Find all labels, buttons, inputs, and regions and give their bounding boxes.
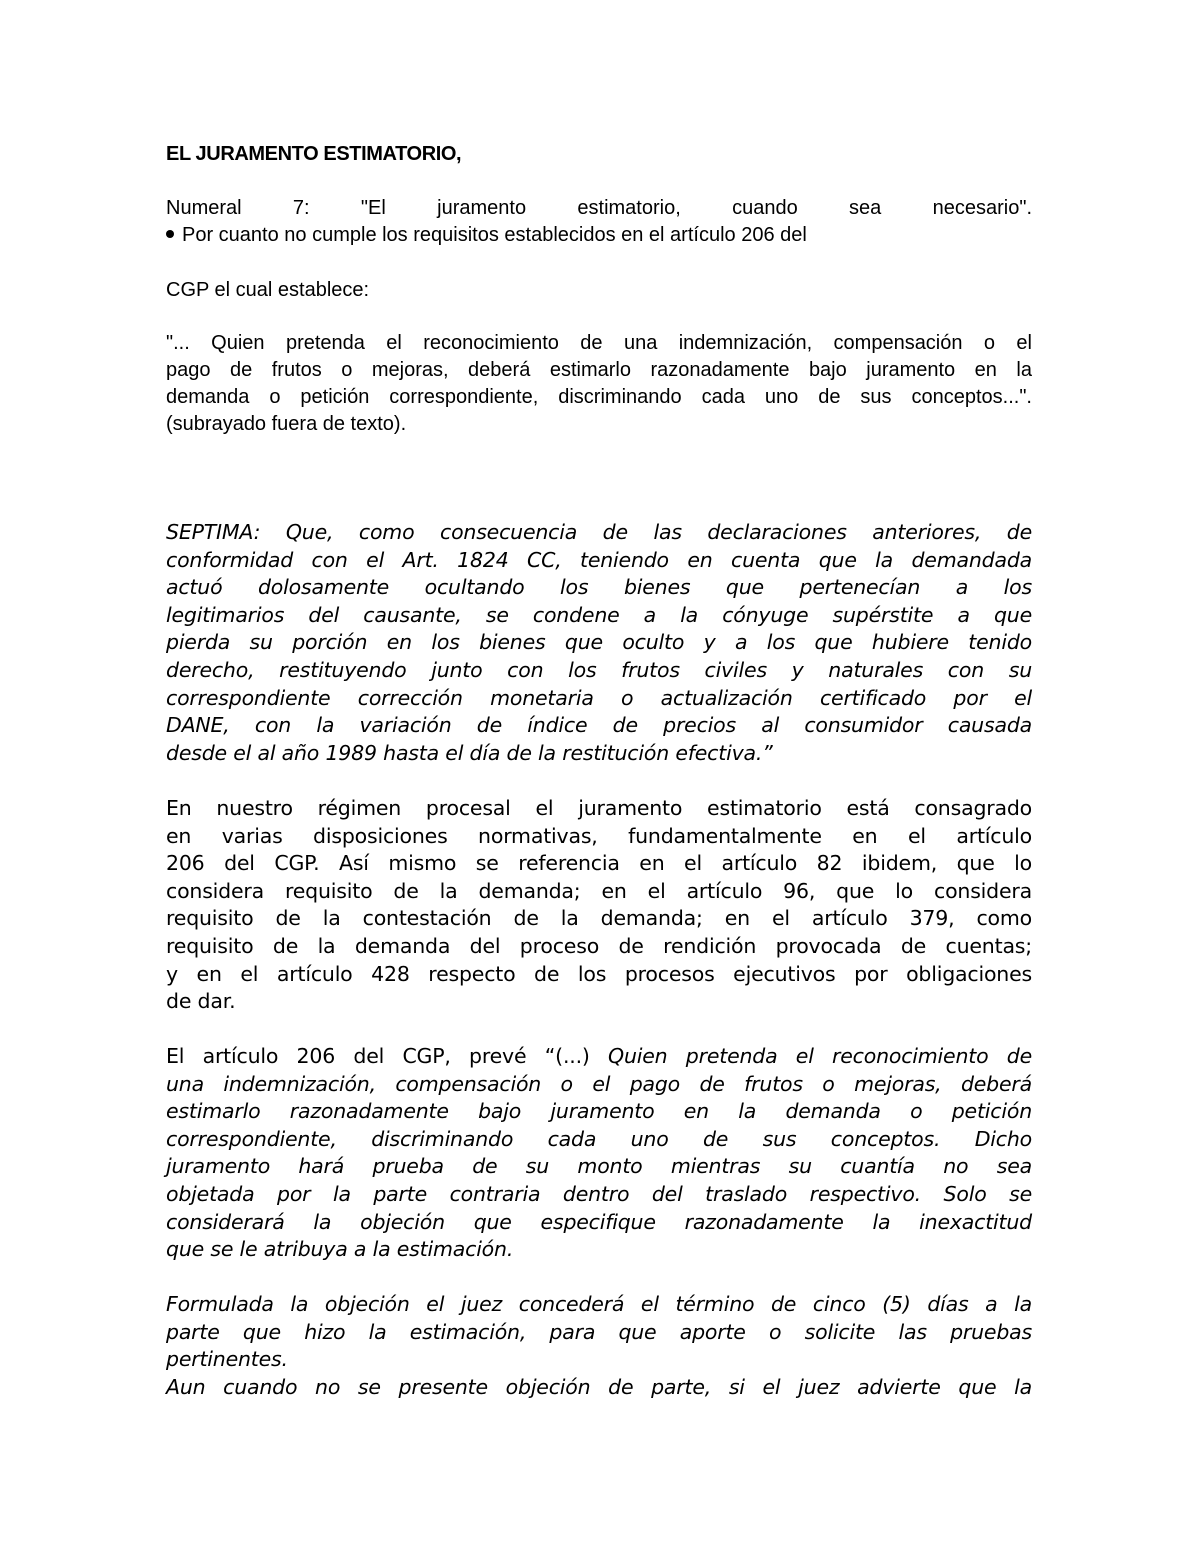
bullet-text: Por cuanto no cumple los requisitos esta…: [182, 224, 807, 246]
article-206-paragraph: El artículo 206 del CGP, prevé “(...) Qu…: [166, 1043, 1032, 1264]
regimen-line: requisito de la contestación de la deman…: [166, 905, 1032, 933]
septima-line: conformidad con el Art. 1824 CC, teniend…: [166, 547, 1032, 575]
regimen-line: considera requisito de la demanda; en el…: [166, 878, 1032, 906]
septima-line: actuó dolosamente ocultando los bienes q…: [166, 574, 1032, 602]
formulada-line: pertinentes.: [166, 1346, 1032, 1374]
bullet-item: Por cuanto no cumple los requisitos esta…: [166, 222, 1032, 249]
regimen-line: 206 del CGP. Así mismo se referencia en …: [166, 850, 1032, 878]
quote-paragraph: "... Quien pretenda el reconocimiento de…: [166, 330, 1032, 438]
article-206-italic-start: Quien pretenda el reconocimiento de: [608, 1044, 1032, 1068]
formulada-paragraph: Formulada la objeción el juez concederá …: [166, 1291, 1032, 1401]
septima-line: derecho, restituyendo junto con los frut…: [166, 657, 1032, 685]
formulada-line: Formulada la objeción el juez concederá …: [166, 1291, 1032, 1319]
article-206-line: correspondiente, discriminando cada uno …: [166, 1126, 1032, 1154]
septima-line: DANE, con la variación de índice de prec…: [166, 712, 1032, 740]
regimen-line: y en el artículo 428 respecto de los pro…: [166, 961, 1032, 989]
regimen-line: de dar.: [166, 988, 1032, 1016]
septima-line: SEPTIMA: Que, como consecuencia de las d…: [166, 519, 1032, 547]
article-206-intro: El artículo 206 del CGP, prevé “(...): [166, 1044, 608, 1068]
formulada-line: parte que hizo la estimación, para que a…: [166, 1319, 1032, 1347]
quote-line: (subrayado fuera de texto).: [166, 411, 1032, 438]
article-206-line: estimarlo razonadamente bajo juramento e…: [166, 1098, 1032, 1126]
regimen-line: En nuestro régimen procesal el juramento…: [166, 795, 1032, 823]
article-206-line: que se le atribuya a la estimación.: [166, 1236, 1032, 1264]
quote-line: demanda o petición correspondiente, disc…: [166, 384, 1032, 411]
bullet-icon: [166, 230, 174, 238]
article-206-line: considerará la objeción que especifique …: [166, 1209, 1032, 1237]
numeral-line: Numeral 7: "El juramento estimatorio, cu…: [166, 195, 1032, 222]
quote-line: "... Quien pretenda el reconocimiento de…: [166, 330, 1032, 357]
aun-cuando-line: Aun cuando no se presente objeción de pa…: [166, 1374, 1032, 1402]
septima-line: correspondiente corrección monetaria o a…: [166, 685, 1032, 713]
article-206-first-line: El artículo 206 del CGP, prevé “(...) Qu…: [166, 1043, 1032, 1071]
septima-line: desde el al año 1989 hasta el día de la …: [166, 740, 1032, 768]
article-206-line: objetada por la parte contraria dentro d…: [166, 1181, 1032, 1209]
regimen-line: requisito de la demanda del proceso de r…: [166, 933, 1032, 961]
document-page: EL JURAMENTO ESTIMATORIO, Numeral 7: "El…: [0, 0, 1200, 1553]
document-title: EL JURAMENTO ESTIMATORIO,: [166, 141, 1032, 168]
article-206-line: juramento hará prueba de su monto mientr…: [166, 1153, 1032, 1181]
quote-line: pago de frutos o mejoras, deberá estimar…: [166, 357, 1032, 384]
cgp-line: CGP el cual establece:: [166, 277, 1032, 304]
regimen-paragraph: En nuestro régimen procesal el juramento…: [166, 795, 1032, 1016]
septima-line: legitimarios del causante, se condene a …: [166, 602, 1032, 630]
article-206-line: una indemnización, compensación o el pag…: [166, 1071, 1032, 1099]
septima-paragraph: SEPTIMA: Que, como consecuencia de las d…: [166, 519, 1032, 767]
septima-line: pierda su porción en los bienes que ocul…: [166, 629, 1032, 657]
regimen-line: en varias disposiciones normativas, fund…: [166, 823, 1032, 851]
